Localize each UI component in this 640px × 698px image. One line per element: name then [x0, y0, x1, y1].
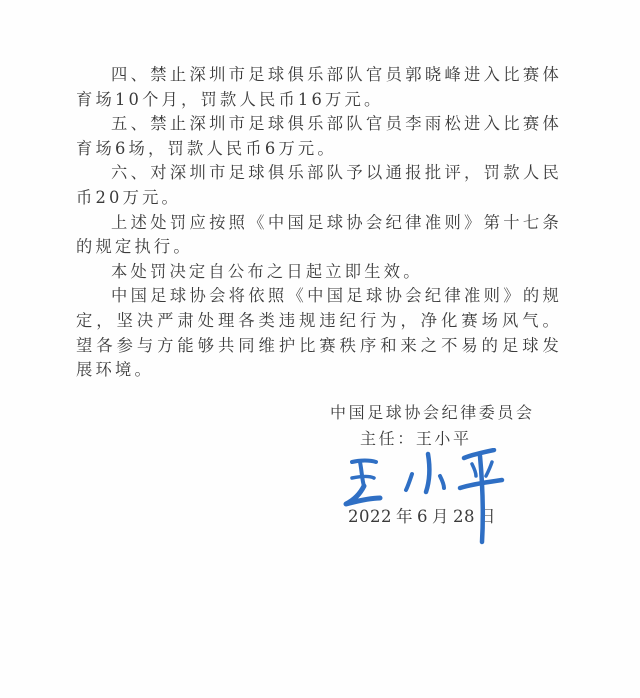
signature-block: 中国足球协会纪律委员会 主任：王小平 2022年6月28日 [330, 400, 570, 540]
issuing-organization: 中国足球协会纪律委员会 [330, 400, 535, 423]
issue-date: 2022年6月28日 [348, 503, 500, 527]
date-year-unit: 年 [396, 507, 413, 526]
document-page: 四、禁止深圳市足球俱乐部队官员郭晓峰进入比赛体育场10个月，罚款人民币16万元。… [0, 0, 640, 698]
paragraph-item-4: 四、禁止深圳市足球俱乐部队官员郭晓峰进入比赛体育场10个月，罚款人民币16万元。 [76, 63, 562, 112]
director-label: 主任： [360, 429, 416, 448]
paragraph-execution: 上述处罚应按照《中国足球协会纪律准则》第十七条的规定执行。 [76, 211, 562, 260]
director-name: 王小平 [416, 429, 472, 448]
director-line: 主任：王小平 [360, 426, 472, 449]
date-day: 28 [453, 507, 475, 526]
paragraph-effective: 本处罚决定自公布之日起立即生效。 [76, 260, 562, 285]
date-day-unit: 日 [479, 507, 496, 526]
paragraph-item-5: 五、禁止深圳市足球俱乐部队官员李雨松进入比赛体育场6场，罚款人民币6万元。 [76, 112, 562, 161]
date-month: 6 [417, 507, 428, 526]
date-month-unit: 月 [432, 507, 449, 526]
paragraph-closing: 中国足球协会将依照《中国足球协会纪律准则》的规定，坚决严肃处理各类违规违纪行为，… [76, 284, 562, 382]
document-body: 四、禁止深圳市足球俱乐部队官员郭晓峰进入比赛体育场10个月，罚款人民币16万元。… [76, 63, 562, 383]
date-year: 2022 [348, 507, 392, 526]
paragraph-item-6: 六、对深圳市足球俱乐部队予以通报批评，罚款人民币20万元。 [76, 161, 562, 210]
